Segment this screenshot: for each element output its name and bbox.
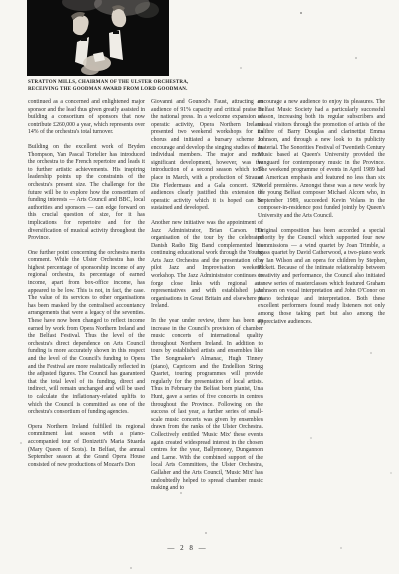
paragraph: Giovanni and Gounod's Faust, attracting …	[151, 99, 263, 213]
award-photo	[27, 0, 169, 76]
photo-caption: STRATTON MILLS, CHAIRMAN OF THE ULSTER O…	[28, 80, 218, 93]
paragraph: encourage a new audience to enjoy its pl…	[258, 99, 385, 221]
paragraph: In the year under review, there has been…	[151, 318, 263, 493]
paragraph: Building on the excellent work of Bryden…	[28, 144, 145, 243]
text-column-2: Giovanni and Gounod's Faust, attracting …	[151, 99, 263, 500]
paragraph: Opera Northern Ireland fulfilled its reg…	[28, 424, 145, 470]
award-photo-illustration	[27, 0, 169, 76]
paragraph: Another new initiative was the appointme…	[151, 220, 263, 311]
paragraph: Original composition has been accorded a…	[258, 228, 385, 327]
text-column-3: encourage a new audience to enjoy its pl…	[258, 99, 385, 333]
page-number: — 2 8 —	[0, 544, 375, 552]
paragraph: One further point concerning the orchest…	[28, 250, 145, 417]
scan-noise	[300, 12, 302, 14]
paragraph: continued as a concerned and enlightened…	[28, 99, 145, 137]
text-column-1: continued as a concerned and enlightened…	[28, 99, 145, 476]
photo-caption-line: RECEIVING THE GOODMAN AWARD FROM LORD GO…	[28, 87, 218, 94]
